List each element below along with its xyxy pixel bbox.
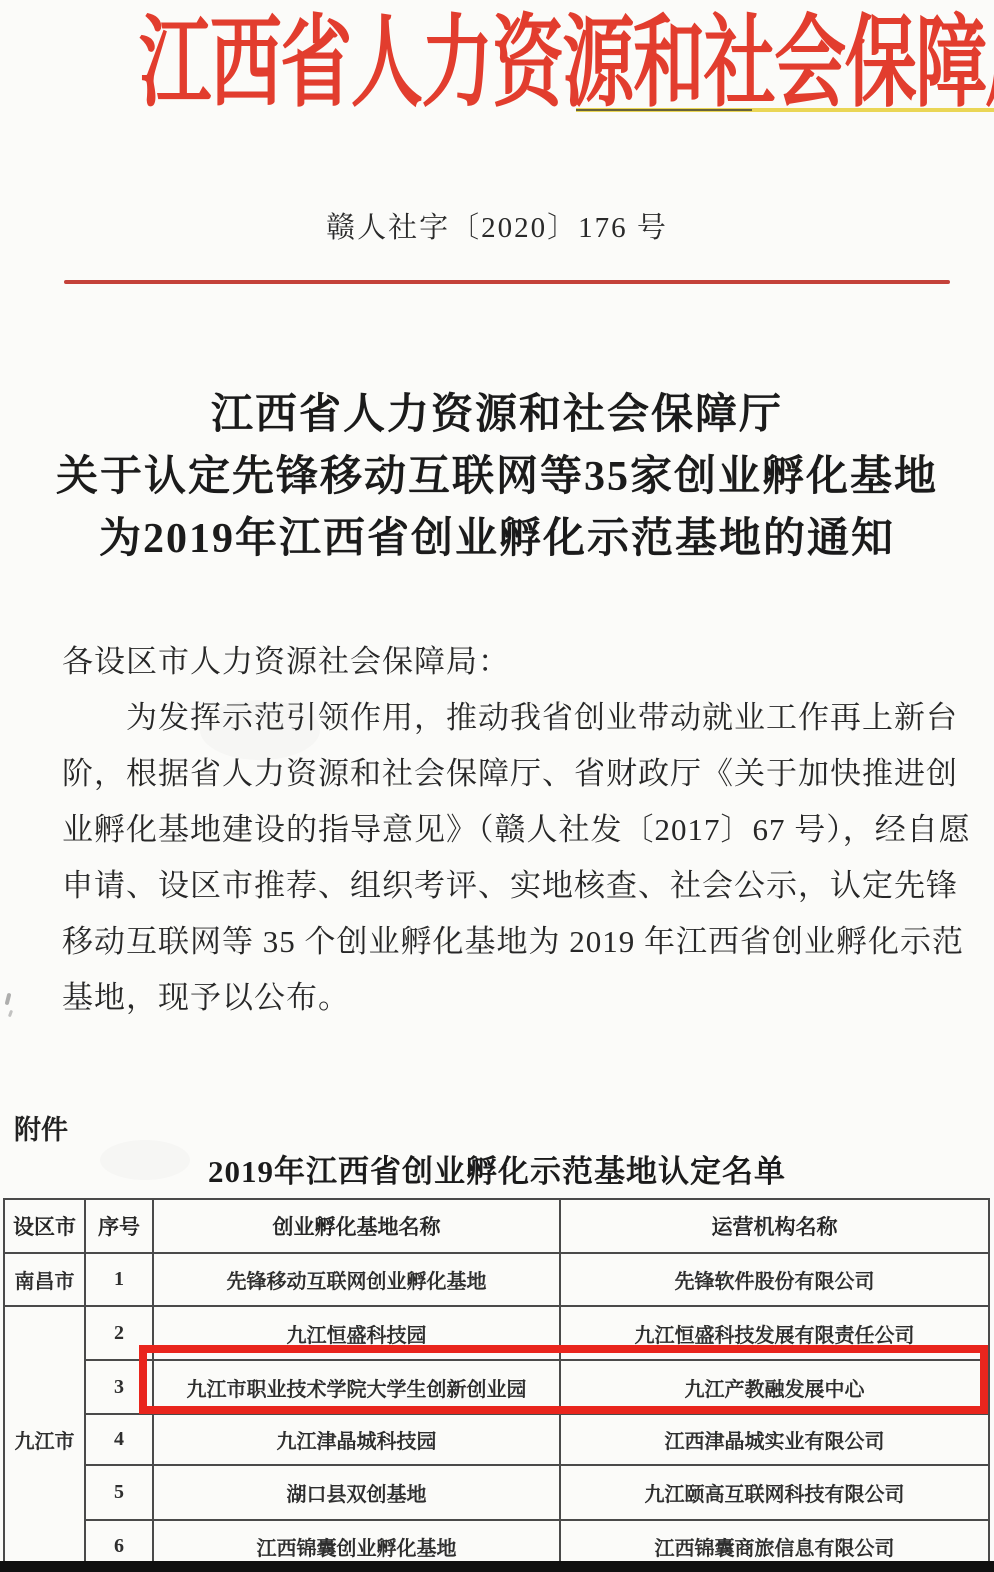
cell-operator-name: 先锋软件股份有限公司 <box>560 1253 989 1306</box>
cell-index: 4 <box>85 1414 153 1465</box>
cell-base-name: 九江津晶城科技园 <box>153 1414 560 1465</box>
paper-smudge <box>200 700 320 760</box>
body-line: 申请、设区市推荐、组织考评、实地核查、社会公示，认定先锋 <box>62 858 954 914</box>
cell-city-merged: 九江市 <box>4 1306 85 1572</box>
document-title-line-2: 关于认定先锋移动互联网等35家创业孵化基地 <box>0 446 994 508</box>
red-highlight-box <box>139 1345 988 1414</box>
cell-base-name: 湖口县双创基地 <box>153 1465 560 1520</box>
body-line: 业孵化基地建设的指导意见》（赣人社发〔2017〕67 号），经自愿 <box>62 802 954 858</box>
body-line: 为发挥示范引领作用，推动我省创业带动就业工作再上新台 <box>62 690 954 746</box>
scan-line-artifact <box>576 109 752 111</box>
body-line: 移动互联网等 35 个创业孵化基地为 2019 年江西省创业孵化示范 <box>62 914 954 970</box>
header-city: 设区市 <box>4 1199 85 1253</box>
document-title-line-3: 为2019年江西省创业孵化示范基地的通知 <box>0 508 994 570</box>
scanner-black-bar <box>0 1561 994 1572</box>
scan-artifact <box>5 993 12 1006</box>
scan-artifact <box>8 1010 13 1018</box>
document-title: 江西省人力资源和社会保障厅 关于认定先锋移动互联网等35家创业孵化基地 为201… <box>0 384 994 570</box>
roster-table-title: 2019年江西省创业孵化示范基地认定名单 <box>0 1146 994 1191</box>
header-index: 序号 <box>85 1199 153 1253</box>
cell-operator-name: 江西津晶城实业有限公司 <box>560 1414 989 1465</box>
cell-index: 5 <box>85 1465 153 1520</box>
salutation: 各设区市人力资源社会保障局： <box>62 634 954 690</box>
document-body: 各设区市人力资源社会保障局： 为发挥示范引领作用，推动我省创业带动就业工作再上新… <box>62 634 954 1026</box>
attachment-label: 附件 <box>14 1108 68 1147</box>
table-row: 南昌市 1 先锋移动互联网创业孵化基地 先锋软件股份有限公司 <box>4 1253 989 1306</box>
table-header-row: 设区市 序号 创业孵化基地名称 运营机构名称 <box>4 1199 989 1253</box>
header-base-name: 创业孵化基地名称 <box>153 1199 560 1253</box>
cell-city: 南昌市 <box>4 1253 85 1306</box>
cell-base-name: 先锋移动互联网创业孵化基地 <box>153 1253 560 1306</box>
red-divider-rule <box>64 280 950 284</box>
table-row: 4 九江津晶城科技园 江西津晶城实业有限公司 <box>4 1414 989 1465</box>
document-title-line-1: 江西省人力资源和社会保障厅 <box>0 384 994 446</box>
cell-operator-name: 九江颐高互联网科技有限公司 <box>560 1465 989 1520</box>
scanned-document-page: 江西省人力资源和社会保障厅 赣人社字〔2020〕176 号 江西省人力资源和社会… <box>0 0 994 1572</box>
body-line: 基地，现予以公布。 <box>62 970 954 1026</box>
header-operator-name: 运营机构名称 <box>560 1199 989 1253</box>
cell-index: 1 <box>85 1253 153 1306</box>
document-number: 赣人社字〔2020〕176 号 <box>0 205 994 246</box>
table-row: 5 湖口县双创基地 九江颐高互联网科技有限公司 <box>4 1465 989 1520</box>
body-line: 阶，根据省人力资源和社会保障厅、省财政厅《关于加快推进创 <box>62 746 954 802</box>
